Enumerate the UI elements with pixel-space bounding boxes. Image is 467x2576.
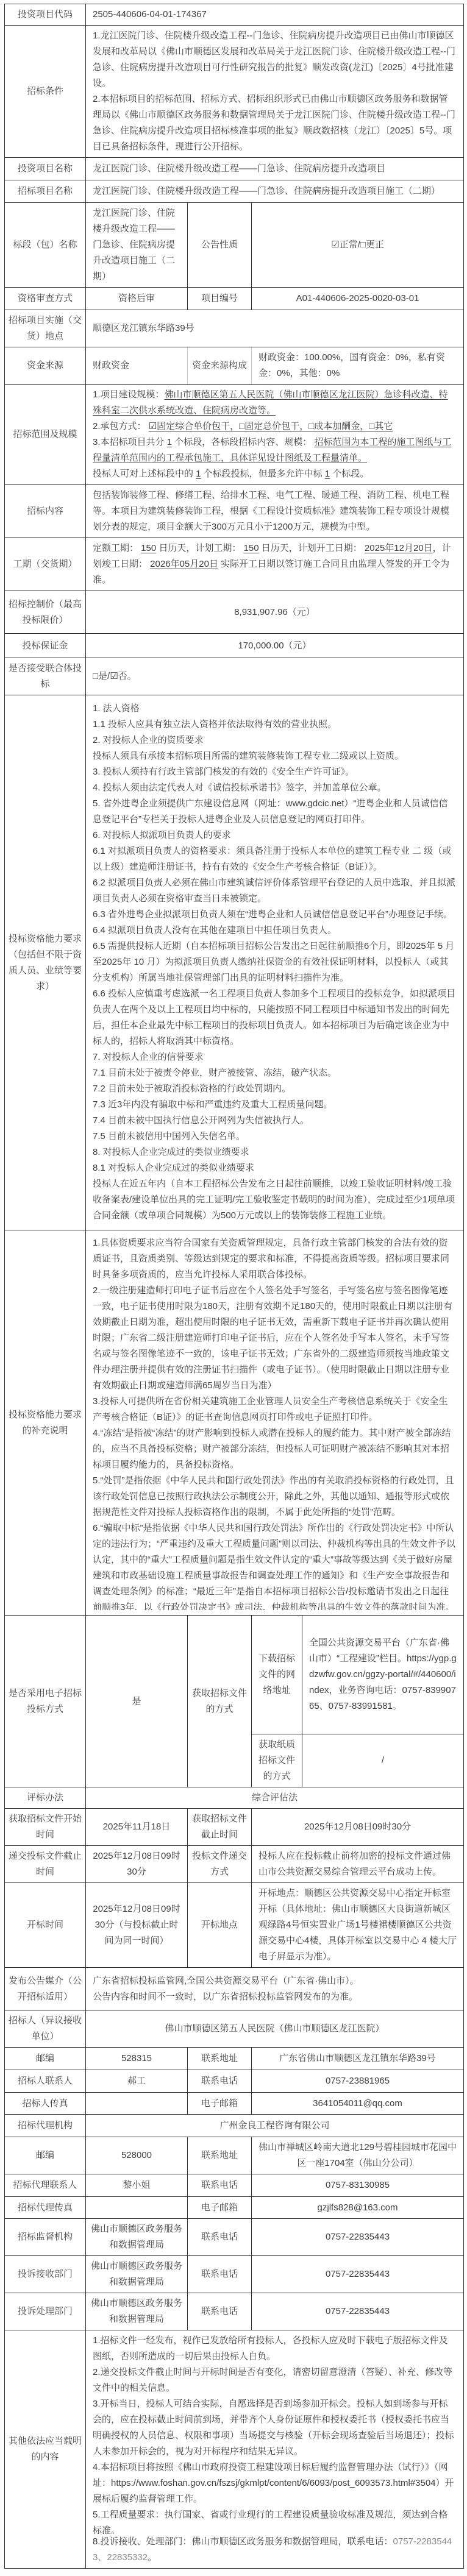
period-text: 日历天，计划工期： [156,543,243,553]
row-tenderer-contact: 招标人联系人 郝工 联系电话 0757-23881965 [5,2070,464,2093]
field-label-funding-source: 资金来源 [5,347,86,385]
field-value-project-number: A01-440606-2025-0020-03-01 [252,288,464,310]
field-value-acquisition-start-time: 2025年11月18日 [86,1809,188,1846]
period-text: 日历天，计划开工日期： [259,543,365,553]
scope-line-2: 2.承包方式： ☑固定综合单价包干，□固定总价包干，□成本加酬金，□其它 [93,419,457,435]
row-bid-opening: 开标时间 2025年12月08日09时30分（与投标截止时间为同一时间） 开标地… [5,1883,464,1968]
field-label-evaluation-method: 评标办法 [5,1787,86,1809]
field-value-agency-address: 佛山市禅城区岭南大道北129号碧桂园城市花园中区一座1704室（佛山分公司） [252,2137,464,2174]
period-underlined-text: 2026年05月20日 [150,559,218,569]
scope-text: 投标人可对上述标段中的 [93,469,196,479]
field-label-tenderer-email: 电子邮箱 [188,2093,252,2115]
field-value-opening-location: 开标地点：顺德区公共资源交易中心指定开标室开标（具体地址：佛山市顺德区大良街道新… [252,1883,464,1968]
row-tender-content: 招标内容 包括装饰装修工程、修缮工程、给排水工程、电气工程、暖通工程、消防工程、… [5,485,464,538]
other-content-main-text: 1.招标文件一经发布，视作已发放给所有投标人，各投标人应及时下载电子版招标文件及… [93,2333,457,2534]
field-label-tenderer-phone: 联系电话 [188,2070,252,2093]
field-label-bid-bond: 投标保证金 [5,634,86,658]
row-tenderer: 招标人（异议接收单位） 佛山市顺德区第五人民医院（佛山市顺德区龙江医院） [5,2010,464,2048]
field-value-tenderer-phone: 0757-23881965 [252,2070,464,2093]
row-funding-source: 资金来源 财政资金 资金来源构成 财政资金：100.00%，国有资金：0%，私有… [5,347,464,385]
qualification-requirements-text: 1. 法人资格 1.1 投标人应具有独立法人资格并依法取得有效的营业执照。 2.… [93,701,457,1225]
field-label-funding-composition: 资金来源构成 [188,347,252,385]
field-value-tenderer-postcode: 528315 [86,2048,188,2070]
field-value-evaluation-method: 综合评估法 [86,1787,464,1809]
field-value-acquisition-deadline: 2025年12月08日09时30分 [252,1809,464,1846]
field-label-agency-contact: 招标代理联系人 [5,2174,86,2197]
field-label-tender-agency: 招标代理机构 [5,2115,86,2137]
field-value-tender-content: 包括装饰装修工程、修缮工程、给排水工程、电气工程、暖通工程、消防工程、机电工程等… [86,485,464,538]
field-value-tenderer-address: 广东省佛山市顺德区龙江镇东华路39号 [252,2048,464,2070]
row-qualification-supplement: 投标资格能力要求的补充说明 1.具体资质要求应当符合国家有关资质管理规定，具备行… [5,1230,464,1616]
scope-underlined-text: 1 [325,469,330,479]
field-label-opening-time: 开标时间 [5,1883,86,1968]
field-label-construction-period: 工期（交货期） [5,538,86,591]
field-value-supervision-phone: 0757-22835443 [252,2219,464,2256]
field-value-tender-project-name: 龙江医院门诊、住院楼升级改造工程——门急诊、住院病房提升改造项目施工（二期） [86,180,464,203]
field-label-agency-phone: 联系电话 [188,2174,252,2197]
field-value-opening-time: 2025年12月08日09时30分（与投标截止时间为同一时间） [86,1883,188,1968]
scope-underlined-text: 1 [167,437,172,447]
row-agency-fax: 招标代理传真 电子邮箱 gzjlfs828@163.com [5,2197,464,2219]
field-label-supervision-agency: 招标监督机构 [5,2219,86,2256]
row-tenderer-postcode: 邮编 528315 联系地址 广东省佛山市顺德区龙江镇东华路39号 [5,2048,464,2070]
field-value-agency-fax [86,2197,188,2219]
row-tenderer-fax: 招标人传真 电子邮箱 3641054011@qq.com [5,2093,464,2115]
tender-announcement-sheet: 投资项目代码 2505-440606-04-01-174367 招标条件 1.龙… [0,0,467,2576]
field-label-bidder-qualification-requirements: 投标资格能力要求（包括但不限于资质人员、业绩等要求） [5,695,86,1230]
field-label-other-required-content: 其他依法应当载明的内容 [5,2330,86,2569]
field-value-complaint-receiving: 佛山市顺德区政务服务和数据管理局 [86,2256,188,2293]
item8-suffix-text: 。 [148,2552,157,2563]
field-value-paper-document: / [302,1734,464,1787]
field-label-control-price: 招标控制价（最高投标限价） [5,591,86,634]
field-value-investment-project-code: 2505-440606-04-01-174367 [86,4,464,26]
field-value-tenderer-contact: 郝工 [86,2070,188,2093]
field-label-tenderer-address: 联系地址 [188,2048,252,2070]
field-value-tenderer: 佛山市顺德区第五人民医院（佛山市顺德区龙江医院） [86,2010,464,2048]
field-label-supervision-phone: 联系电话 [188,2219,252,2256]
field-label-section-name: 标段（包）名称 [5,203,86,288]
field-value-agency-phone: 0757-83130985 [252,2174,464,2197]
announcement-media-text: 广东省招标投标监管网,全国公共资源交易平台（广东省·佛山市）。 公告内容和时间不… [93,1973,457,2005]
field-label-tenderer-fax: 招标人传真 [5,2093,86,2115]
field-label-tender-scope: 招标范围及规模 [5,385,86,485]
row-agency-postcode: 邮编 528000 联系地址 佛山市禅城区岭南大道北129号碧桂园城市花园中区一… [5,2137,464,2174]
row-delivery-location: 招标项目实施（交货）地点 顺德区龙江镇东华路39号 [5,310,464,347]
field-value-bidder-qualification-requirements: 1. 法人资格 1.1 投标人应具有独立法人资格并依法取得有效的营业执照。 2.… [86,695,464,1230]
row-electronic-bidding: 是否采用电子招标投标方式 是 获取招标文件的方式 下载招标文件的网络地址 全国公… [5,1616,464,1734]
field-value-submission-method: 投标人应在投标截止前将加密的投标文件通过佛山市公共资源交易综合管理云平台成功上传… [252,1846,464,1883]
field-label-acquisition-start-time: 获取招标文件开始时间 [5,1809,86,1846]
period-text: 定额工期： [93,543,141,553]
row-tender-project-name: 招标项目名称 龙江医院门诊、住院楼升级改造工程——门急诊、住院病房提升改造项目施… [5,180,464,203]
field-label-acquisition-deadline: 获取招标文件截止时间 [188,1809,252,1846]
tender-conditions-text: 1.龙江医院门诊、住院楼升级改造工程--门急诊、住院病房提升改造项目已由佛山市顺… [93,28,457,155]
row-tender-agency: 招标代理机构 广州金良工程咨询有限公司 [5,2115,464,2137]
row-investment-project-code: 投资项目代码 2505-440606-04-01-174367 [5,4,464,26]
field-label-tenderer-contact: 招标人联系人 [5,2070,86,2093]
field-value-other-required-content: 1.招标文件一经发布，视作已发放给所有投标人，各投标人应及时下载电子版招标文件及… [86,2330,464,2569]
field-label-submission-deadline: 递交投标文件截止时间 [5,1846,86,1883]
row-bid-submission: 递交投标文件截止时间 2025年12月08日09时30分 投标文件递交方式 投标… [5,1846,464,1883]
field-value-consortium-bidding: □是/☑否。 [86,658,464,695]
field-value-funding-composition: 财政资金：100.00%，国有资金：0%，私有资金：0%，其他：0% [252,347,464,385]
field-label-download-url: 下载招标文件的网络地址 [252,1616,302,1734]
scope-line-4: 投标人可对上述标段中的 1 个标段投标，但最多允许中标 1 个标段。 [93,466,457,482]
field-value-construction-period: 定额工期： 150 日历天，计划工期： 150 日历天，计划开工日期： 2025… [86,538,464,591]
field-label-complaint-handling-phone: 联系电话 [188,2293,252,2330]
scope-line-1: 1.项目建设规模：佛山市顺德区第五人民医院（佛山市顺德区龙江医院）急诊科改造、特… [93,387,457,419]
field-label-agency-fax: 招标代理传真 [5,2197,86,2219]
qualification-supplement-text: 1.具体资质要求应当符合国家有关资质管理规定，具备行政主管部门核发的合法有效的资… [93,1235,457,1610]
field-value-supervision-agency: 佛山市顺德区政务服务和数据管理局 [86,2219,188,2256]
scope-underlined-text: 1 [196,469,201,479]
field-label-project-number: 项目编号 [188,288,252,310]
row-consortium-bidding: 是否接受联合体投标 □是/☑否。 [5,658,464,695]
field-label-complaint-handling: 投诉处理部门 [5,2293,86,2330]
row-agency-contact: 招标代理联系人 黎小姐 联系电话 0757-83130985 [5,2174,464,2197]
row-other-required-content: 其他依法应当载明的内容 1.招标文件一经发布，视作已发放给所有投标人，各投标人应… [5,2330,464,2569]
field-value-agency-postcode: 528000 [86,2137,188,2174]
field-value-complaint-handling: 佛山市顺德区政务服务和数据管理局 [86,2293,188,2330]
field-value-tender-scope: 1.项目建设规模：佛山市顺德区第五人民医院（佛山市顺德区龙江医院）急诊科改造、特… [86,385,464,485]
field-label-document-acquisition-method: 获取招标文件的方式 [188,1616,252,1787]
row-investment-project-name: 投资项目名称 龙江医院门诊、住院楼升级改造工程——门急诊、住院病房提升改造项目 [5,158,464,180]
field-label-qualification-review: 资格审查方式 [5,288,86,310]
field-label-tender-conditions: 招标条件 [5,26,86,158]
scope-underlined-text: ☑固定综合单价包干，□固定总价包干，□成本加酬金，□其它 [149,421,393,431]
row-tender-conditions: 招标条件 1.龙江医院门诊、住院楼升级改造工程--门急诊、住院病房提升改造项目已… [5,26,464,158]
field-value-bid-bond: 170,000.00（元） [86,634,464,658]
scope-text: 个标段。 [330,469,369,479]
scope-text: 1.项目建设规模： [93,389,165,400]
field-label-tenderer-postcode: 邮编 [5,2048,86,2070]
field-label-qualification-supplement: 投标资格能力要求的补充说明 [5,1230,86,1616]
field-value-section-name: 龙江医院门诊、住院楼升级改造工程——门急诊、住院病房提升改造项目施工（二期） [86,203,188,288]
row-document-acquisition-time: 获取招标文件开始时间 2025年11月18日 获取招标文件截止时间 2025年1… [5,1809,464,1846]
field-label-opening-location: 开标地点 [188,1883,252,1968]
period-underlined-text: 150 [244,543,259,553]
field-label-consortium-bidding: 是否接受联合体投标 [5,658,86,695]
field-value-investment-project-name: 龙江医院门诊、住院楼升级改造工程——门急诊、住院病房提升改造项目 [86,158,464,180]
row-complaint-handling: 投诉处理部门 佛山市顺德区政务服务和数据管理局 联系电话 0757-228354… [5,2293,464,2330]
field-value-complaint-handling-phone: 0757-22835443 [252,2293,464,2330]
field-label-tender-content: 招标内容 [5,485,86,538]
field-value-agency-email: gzjlfs828@163.com [252,2197,464,2219]
field-label-tenderer: 招标人（异议接收单位） [5,2010,86,2048]
field-value-tenderer-fax [86,2093,188,2115]
field-value-electronic-bidding: 是 [86,1616,188,1787]
row-announcement-media: 发布公告媒介（公开招标适用） 广东省招标投标监管网,全国公共资源交易平台（广东省… [5,1968,464,2010]
field-value-announcement-media: 广东省招标投标监管网,全国公共资源交易平台（广东省·佛山市）。 公告内容和时间不… [86,1968,464,2010]
row-supervision-agency: 招标监督机构 佛山市顺德区政务服务和数据管理局 联系电话 0757-228354… [5,2219,464,2256]
field-label-paper-document: 获取纸质招标文件的方式 [252,1734,302,1787]
item8-prefix-text: 8.投诉接收、处理部门：佛山市顺德区政务服务和数据管理局，联系电话： [93,2536,393,2547]
row-construction-period: 工期（交货期） 定额工期： 150 日历天，计划工期： 150 日历天，计划开工… [5,538,464,591]
scope-text: 2.承包方式： [93,421,149,431]
field-label-investment-project-code: 投资项目代码 [5,4,86,26]
field-label-delivery-location: 招标项目实施（交货）地点 [5,310,86,347]
tender-announcement-table: 投资项目代码 2505-440606-04-01-174367 招标条件 1.龙… [4,4,464,2569]
row-control-price: 招标控制价（最高投标限价） 8,931,907.96（元） [5,591,464,634]
scope-text: 3.本招标项目共分 [93,437,167,447]
field-label-submission-method: 投标文件递交方式 [188,1846,252,1883]
field-value-notice-nature: ☑正常/□更正 [252,203,464,288]
field-value-tenderer-email: 3641054011@qq.com [252,2093,464,2115]
field-value-agency-contact: 黎小姐 [86,2174,188,2197]
field-value-qualification-supplement: 1.具体资质要求应当符合国家有关资质管理规定，具备行政主管部门核发的合法有效的资… [86,1230,464,1616]
field-label-tender-project-name: 招标项目名称 [5,180,86,203]
field-value-download-url: 全国公共资源交易平台（广东省·佛山市）“工程建设”栏目。https://ygp.… [302,1616,464,1734]
field-label-complaint-receiving-phone: 联系电话 [188,2256,252,2293]
scope-text: 个标段投标，但最多允许中标 [201,469,325,479]
scope-line-3: 3.本招标项目共分 1 个标段，各标段招标内容、规模： 招标范围为本工程的施工图… [93,435,457,466]
row-evaluation-method: 评标办法 综合评估法 [5,1787,464,1809]
field-label-agency-email: 电子邮箱 [188,2197,252,2219]
field-label-electronic-bidding: 是否采用电子招标投标方式 [5,1616,86,1787]
other-content-item8: 8.投诉接收、处理部门：佛山市顺德区政务服务和数据管理局，联系电话：0757-2… [93,2534,457,2566]
row-complaint-receiving: 投诉接收部门 佛山市顺德区政务服务和数据管理局 联系电话 0757-228354… [5,2256,464,2293]
field-value-tender-agency: 广州金良工程咨询有限公司 [86,2115,464,2137]
field-value-submission-deadline: 2025年12月08日09时30分 [86,1846,188,1883]
period-underlined-text: 150 [141,543,156,553]
field-label-agency-address: 联系地址 [188,2137,252,2174]
period-underlined-text: 2025年12月20日 [365,543,433,553]
field-label-notice-nature: 公告性质 [188,203,252,288]
row-bidder-qualification-requirements: 投标资格能力要求（包括但不限于资质人员、业绩等要求） 1. 法人资格 1.1 投… [5,695,464,1230]
field-label-complaint-receiving: 投诉接收部门 [5,2256,86,2293]
field-value-delivery-location: 顺德区龙江镇东华路39号 [86,310,464,347]
field-value-control-price: 8,931,907.96（元） [86,591,464,634]
row-bid-bond: 投标保证金 170,000.00（元） [5,634,464,658]
field-label-agency-postcode: 邮编 [5,2137,86,2174]
field-label-announcement-media: 发布公告媒介（公开招标适用） [5,1968,86,2010]
scope-text: 个标段，各标段招标内容、规模： [172,437,314,447]
field-value-qualification-review: 资格后审 [86,288,188,310]
field-value-tender-conditions: 1.龙江医院门诊、住院楼升级改造工程--门急诊、住院病房提升改造项目已由佛山市顺… [86,26,464,158]
row-qualification-review: 资格审查方式 资格后审 项目编号 A01-440606-2025-0020-03… [5,288,464,310]
field-label-investment-project-name: 投资项目名称 [5,158,86,180]
row-section-name: 标段（包）名称 龙江医院门诊、住院楼升级改造工程——门急诊、住院病房提升改造项目… [5,203,464,288]
row-tender-scope: 招标范围及规模 1.项目建设规模：佛山市顺德区第五人民医院（佛山市顺德区龙江医院… [5,385,464,485]
field-value-complaint-receiving-phone: 0757-22835443 [252,2256,464,2293]
field-value-funding-source: 财政资金 [86,347,188,385]
